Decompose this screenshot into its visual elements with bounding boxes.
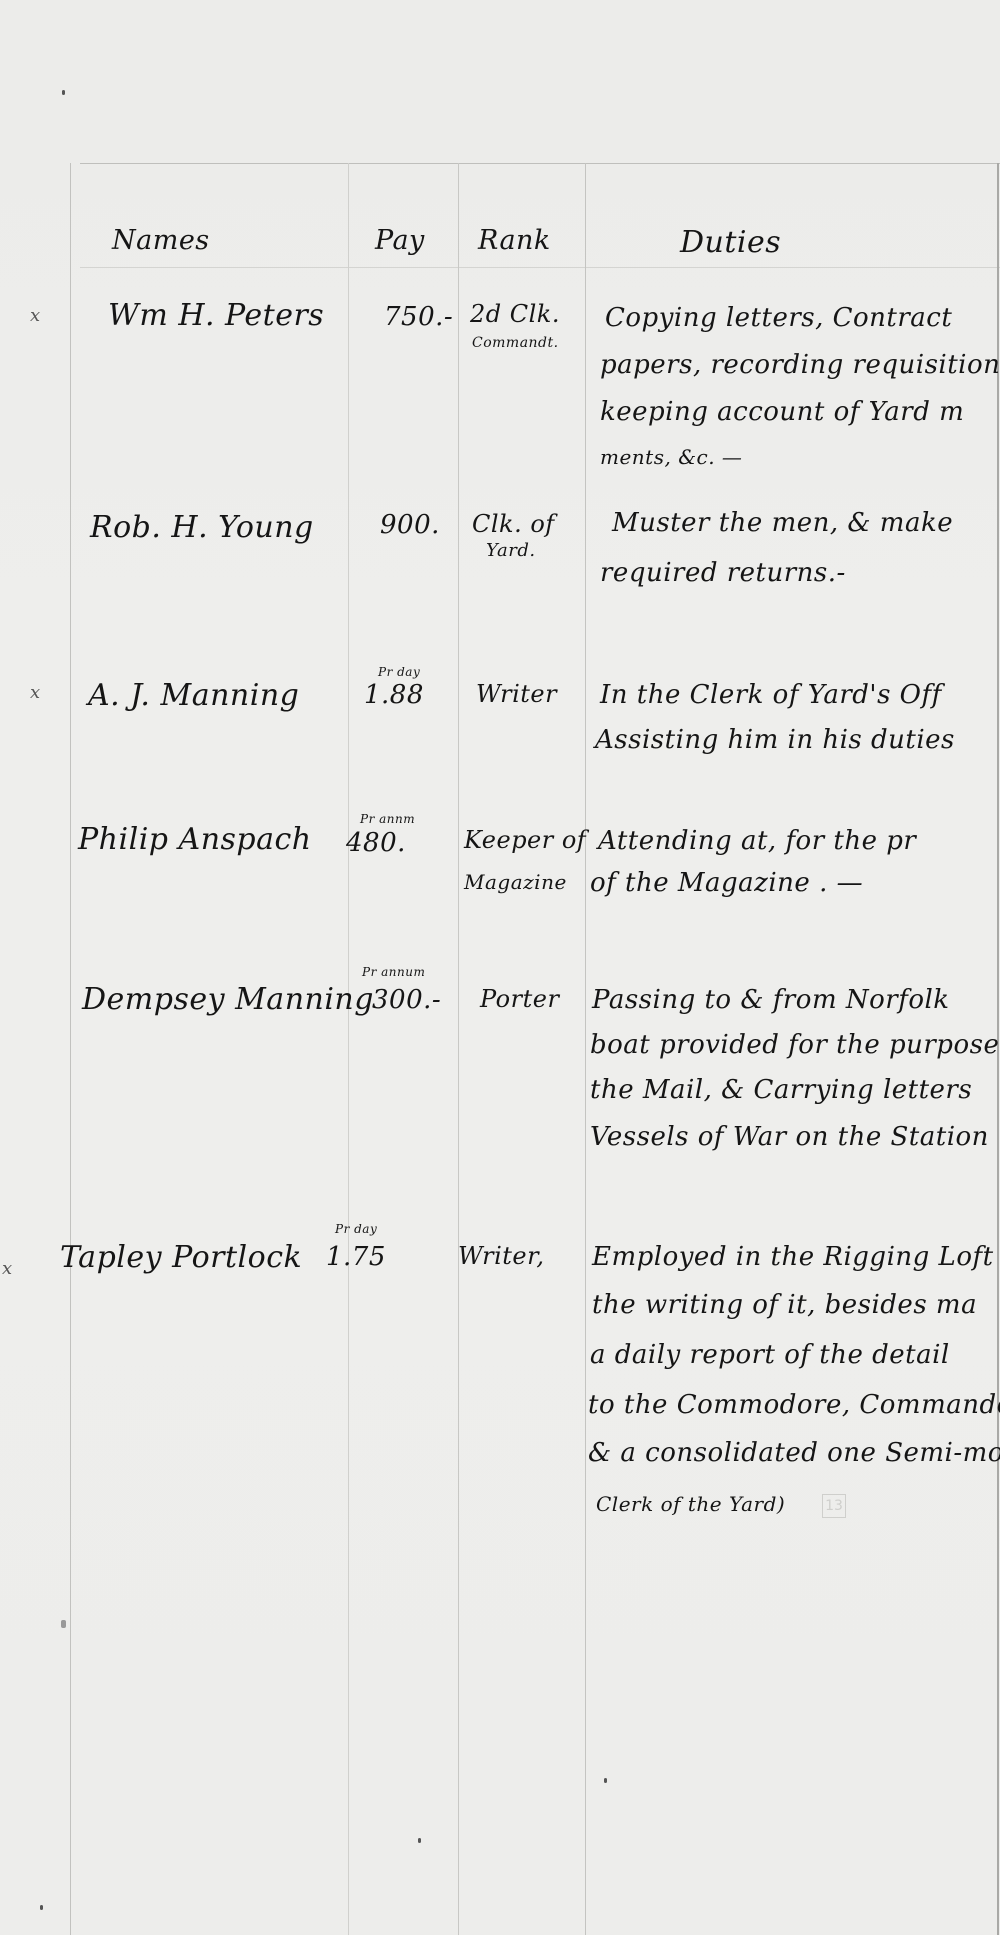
row-name: Philip Anspach xyxy=(78,822,312,857)
row-pay: 1.75 xyxy=(326,1242,386,1272)
row-name: Dempsey Manning xyxy=(82,982,374,1017)
column-header-duties: Duties xyxy=(680,225,781,260)
row-duty-line: Vessels of War on the Station xyxy=(590,1122,989,1152)
scan-speck xyxy=(62,90,65,95)
row-rank: 2d Clk. xyxy=(470,300,560,328)
pay-unit: Pr annum xyxy=(362,965,425,979)
row-pay: 750.- xyxy=(384,302,453,332)
margin-mark: x xyxy=(30,305,41,326)
scan-speck xyxy=(61,1620,66,1628)
column-header-pay: Pay xyxy=(375,225,425,256)
page-stamp-mark: 13 xyxy=(822,1494,846,1518)
row-rank: Keeper of xyxy=(464,826,586,854)
header-rule xyxy=(80,267,1000,268)
rank-column-rule xyxy=(458,163,459,1935)
row-rank: Writer, xyxy=(458,1242,545,1270)
row-pay: 900. xyxy=(380,510,440,540)
row-duty-line: Muster the men, & make xyxy=(612,508,953,538)
row-name: A. J. Manning xyxy=(88,678,299,713)
row-duty-line: to the Commodore, Commander, & xyxy=(588,1390,1000,1420)
row-duty-line: In the Clerk of Yard's Off xyxy=(600,680,942,710)
row-duty-line: Passing to & from Norfolk xyxy=(592,985,950,1015)
margin-rule xyxy=(70,163,71,1935)
row-duty-line: ments, &c. — xyxy=(600,445,742,469)
row-duty-line: Employed in the Rigging Loft xyxy=(592,1242,994,1272)
row-duty-line: papers, recording requisitions xyxy=(600,350,1000,380)
duties-column-rule xyxy=(585,163,586,1935)
ledger-page: Names Pay Rank Duties x Wm H. Peters 750… xyxy=(0,0,1000,1935)
row-rank-sub: Yard. xyxy=(486,540,536,561)
row-pay: 1.88 xyxy=(364,680,424,710)
pay-unit: Pr day xyxy=(378,665,420,679)
pay-unit: Pr annm xyxy=(360,812,415,826)
row-duty-line: boat provided for the purpose xyxy=(590,1030,999,1060)
row-duty-line: keeping account of Yard m xyxy=(600,397,964,427)
row-duty-line: the writing of it, besides ma xyxy=(592,1290,977,1320)
pay-column-rule xyxy=(348,163,349,1935)
scan-speck xyxy=(40,1905,43,1910)
row-duty-line: & a consolidated one Semi-month xyxy=(588,1438,1000,1468)
pay-unit: Pr day xyxy=(335,1222,377,1236)
row-duty-line: Clerk of the Yard) xyxy=(596,1492,785,1516)
row-duty-line: a daily report of the detail xyxy=(590,1340,950,1370)
row-duty-line: the Mail, & Carrying letters xyxy=(590,1075,972,1105)
row-rank: Writer xyxy=(476,680,557,708)
row-duty-line: of the Magazine . — xyxy=(590,868,863,898)
row-duty-line: Copying letters, Contract xyxy=(605,303,952,333)
row-pay: 300.- xyxy=(372,985,441,1015)
margin-mark: x xyxy=(2,1258,13,1279)
row-name: Tapley Portlock xyxy=(60,1240,302,1275)
column-header-rank: Rank xyxy=(478,225,551,256)
row-duty-line: Attending at, for the pr xyxy=(598,826,916,856)
row-pay: 480. xyxy=(346,828,406,858)
row-rank-sub: Commandt. xyxy=(472,335,559,351)
row-name: Rob. H. Young xyxy=(90,510,314,545)
row-duty-line: Assisting him in his duties xyxy=(595,725,955,755)
row-duty-line: required returns.- xyxy=(600,558,846,588)
row-name: Wm H. Peters xyxy=(108,298,324,333)
scan-speck xyxy=(418,1838,421,1843)
row-rank: Porter xyxy=(480,985,559,1013)
row-rank-sub: Magazine xyxy=(464,870,567,894)
column-header-names: Names xyxy=(112,225,210,256)
top-rule xyxy=(80,163,1000,164)
margin-mark: x xyxy=(30,682,41,703)
row-rank: Clk. of xyxy=(472,510,555,538)
scan-speck xyxy=(604,1778,607,1783)
